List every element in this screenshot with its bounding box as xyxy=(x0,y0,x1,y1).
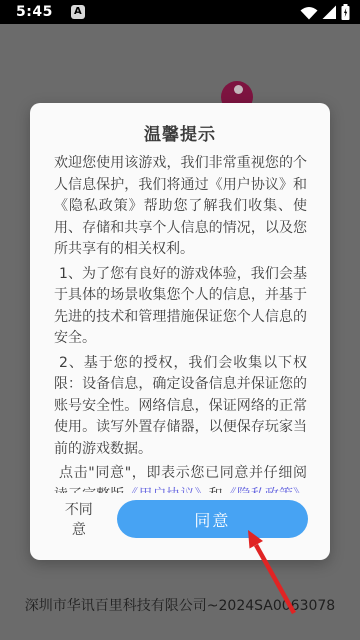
dialog-button-row: 不同意 同意 xyxy=(30,493,330,560)
privacy-paragraph-2: 2、基于您的授权，我们会收集以下权限：设备信息，确定设备信息并保证您的账号安全性… xyxy=(54,353,307,461)
agree-button[interactable]: 同意 xyxy=(117,500,308,538)
company-registration-text: 深圳市华讯百里科技有限公司~2024SA0063078 xyxy=(0,595,360,615)
privacy-paragraph-intro: 欢迎您使用该游戏，我们非常重视您的个人信息保护，我们将通过《用户协议》和《隐私政… xyxy=(54,153,307,261)
privacy-paragraph-consent: 点击"同意"，即表示您已同意并仔细阅读了完整版《用户协议》和《隐私政策》中的所有… xyxy=(54,463,307,493)
status-bar: 5:45 A xyxy=(0,0,360,24)
privacy-paragraph-1: 1、为了您有良好的游戏体验，我们会基于具体的场景收集您个人的信息，并基于先进的技… xyxy=(54,264,307,350)
disagree-button[interactable]: 不同意 xyxy=(58,493,100,545)
privacy-consent-dialog: 温馨提示 欢迎您使用该游戏，我们非常重视您的个人信息保护，我们将通过《用户协议》… xyxy=(30,103,330,560)
status-time: 5:45 xyxy=(16,4,53,20)
app-notification-icon: A xyxy=(71,5,85,19)
cellular-signal-icon xyxy=(322,5,337,20)
logo-dot xyxy=(234,85,243,94)
status-icons xyxy=(300,4,350,20)
battery-charging-icon xyxy=(341,4,350,20)
dialog-body: 欢迎您使用该游戏，我们非常重视您的个人信息保护，我们将通过《用户协议》和《隐私政… xyxy=(30,145,330,493)
wifi-icon xyxy=(300,5,318,20)
dialog-title: 温馨提示 xyxy=(30,120,330,145)
